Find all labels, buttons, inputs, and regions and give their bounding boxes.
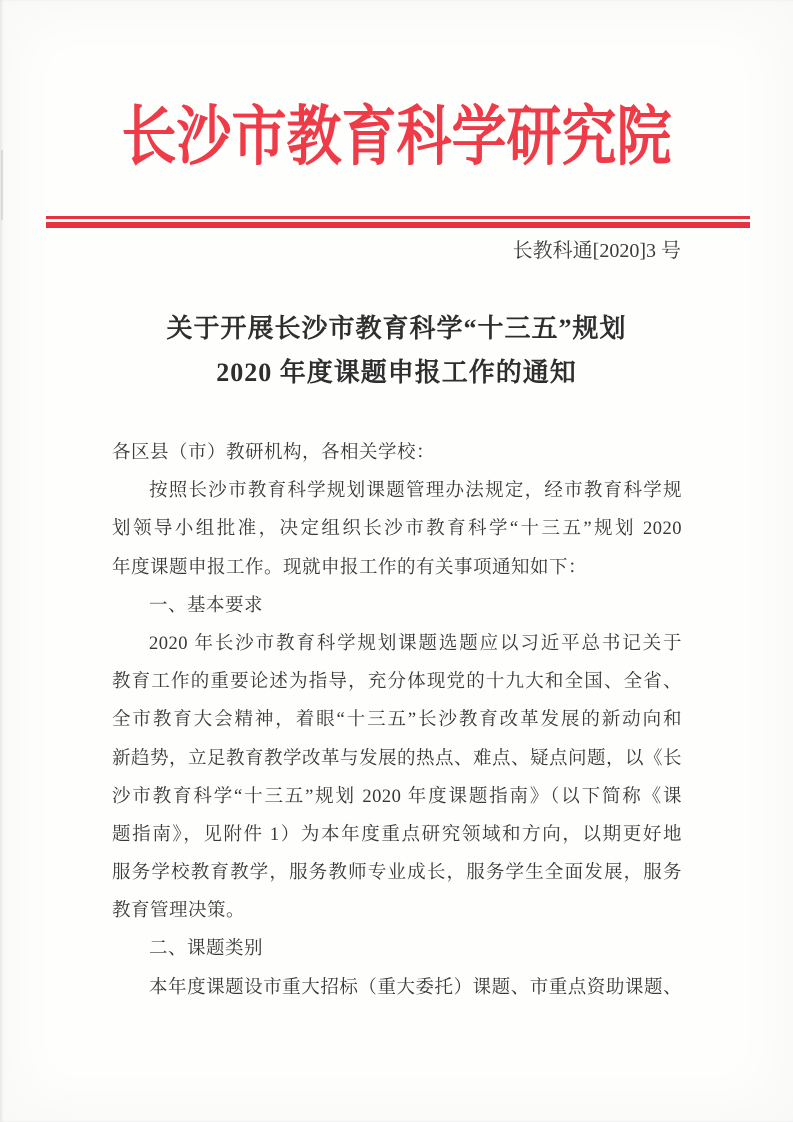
body-line: 服务学校教育教学，服务教师专业成长，服务学生全面发展，服务 <box>112 854 682 892</box>
body-line: 按照长沙市教育科学规划课题管理办法规定，经市教育科学规 <box>112 472 682 510</box>
body-line: 各区县（市）教研机构，各相关学校： <box>112 434 682 472</box>
document-number: 长教科通[2020]3 号 <box>513 236 681 266</box>
notice-title-line1: 关于开展长沙市教育科学“十三五”规划 <box>166 314 626 343</box>
body-line: 划领导小组批准，决定组织长沙市教育科学“十三五”规划 2020 <box>112 510 682 548</box>
scanned-document-page: 长沙市教育科学研究院 长教科通[2020]3 号 关于开展长沙市教育科学“十三五… <box>0 0 793 1122</box>
body-line: 年度课题申报工作。现就申报工作的有关事项通知如下： <box>112 549 682 587</box>
document-body: 各区县（市）教研机构，各相关学校：按照长沙市教育科学规划课题管理办法规定，经市教… <box>112 434 682 1007</box>
body-line: 教育工作的重要论述为指导，充分体现党的十九大和全国、全省、 <box>112 663 682 701</box>
body-line: 题指南》，见附件 1）为本年度重点研究领域和方向，以期更好地 <box>112 816 682 854</box>
letterhead-divider <box>46 216 750 228</box>
body-line: 新趋势，立足教育教学改革与发展的热点、难点、疑点问题，以《长 <box>112 740 682 778</box>
body-line: 一、基本要求 <box>112 587 682 625</box>
body-line: 教育管理决策。 <box>112 892 682 930</box>
notice-title: 关于开展长沙市教育科学“十三五”规划 2020 年度课题申报工作的通知 <box>0 307 793 395</box>
body-line: 2020 年长沙市教育科学规划课题选题应以习近平总书记关于 <box>112 625 682 663</box>
letterhead-org-name: 长沙市教育科学研究院 <box>0 96 793 179</box>
body-line: 二、课题类别 <box>112 930 682 968</box>
divider-thick-line <box>46 222 750 228</box>
body-line: 全市教育大会精神，着眼“十三五”长沙教育改革发展的新动向和 <box>112 701 682 739</box>
body-line: 本年度课题设市重大招标（重大委托）课题、市重点资助课题、 <box>112 969 682 1007</box>
body-line: 沙市教育科学“十三五”规划 2020 年度课题指南》（以下简称《课 <box>112 778 682 816</box>
notice-title-line2: 2020 年度课题申报工作的通知 <box>216 358 577 387</box>
